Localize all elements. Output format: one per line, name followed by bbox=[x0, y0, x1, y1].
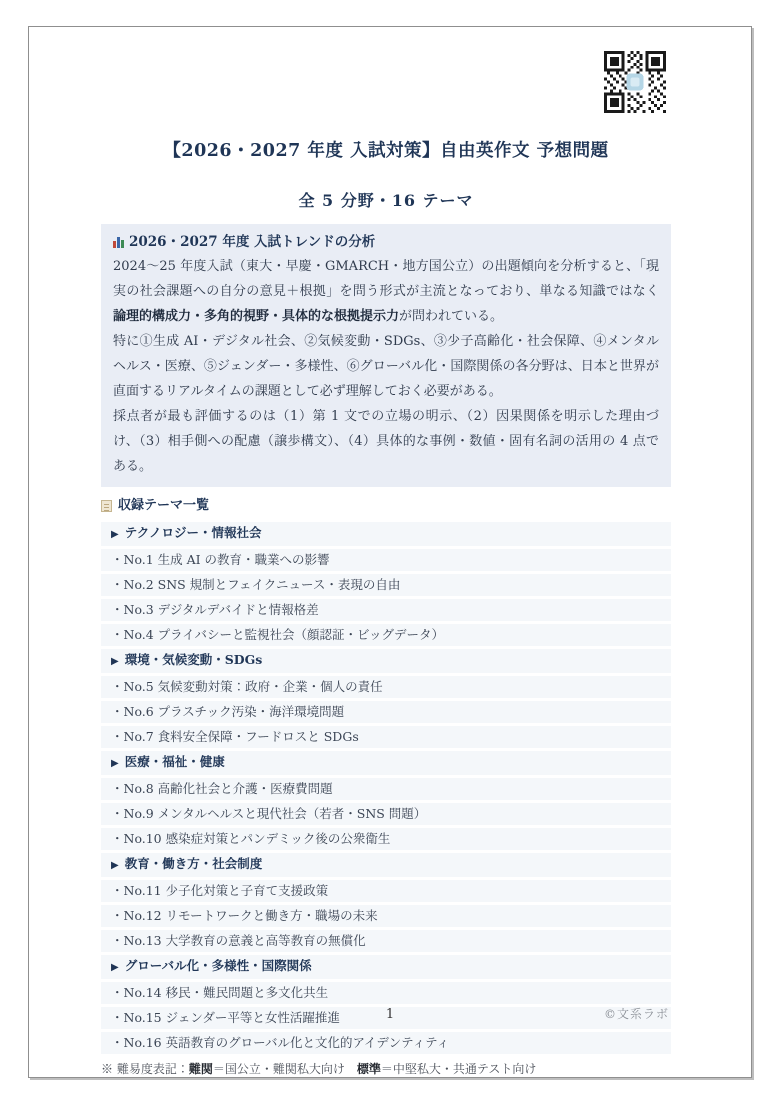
triangle-marker-icon: ▶ bbox=[111, 962, 119, 973]
analysis-paragraph-3: 採点者が最も評価するのは（1）第 1 文での立場の明示、（2）因果関係を明示した… bbox=[113, 404, 659, 479]
themes-heading-label: 収録テーマ一覧 bbox=[118, 497, 209, 515]
theme-item: ・No.3 デジタルデバイドと情報格差 bbox=[101, 599, 671, 621]
theme-section-title: ▶医療・福祉・健康 bbox=[101, 751, 671, 775]
qr-code bbox=[604, 51, 666, 113]
theme-item: ・No.8 高齢化社会と介護・医療費問題 bbox=[101, 778, 671, 800]
theme-item: ・No.6 プラスチック汚染・海洋環境問題 bbox=[101, 701, 671, 723]
qr-code-image bbox=[604, 51, 666, 113]
theme-item: ・No.13 大学教育の意義と高等教育の無償化 bbox=[101, 930, 671, 952]
clipboard-icon bbox=[101, 500, 112, 512]
theme-item: ・No.1 生成 AI の教育・職業への影響 bbox=[101, 549, 671, 571]
triangle-marker-icon: ▶ bbox=[111, 656, 119, 667]
triangle-marker-icon: ▶ bbox=[111, 860, 119, 871]
theme-item: ・No.12 リモートワークと働き方・職場の未来 bbox=[101, 905, 671, 927]
theme-section-title: ▶テクノロジー・情報社会 bbox=[101, 522, 671, 546]
theme-item: ・No.2 SNS 規制とフェイクニュース・表現の自由 bbox=[101, 574, 671, 596]
theme-list: ▶テクノロジー・情報社会 ・No.1 生成 AI の教育・職業への影響 ・No.… bbox=[101, 522, 671, 1054]
section-title-label: 教育・働き方・社会制度 bbox=[125, 856, 263, 871]
note-text: ＝中堅私大・共通テスト向け bbox=[381, 1062, 537, 1076]
document-page: 【2026・2027 年度 入試対策】自由英作文 予想問題 全 5 分野・16 … bbox=[28, 26, 752, 1078]
section-title-label: テクノロジー・情報社会 bbox=[125, 525, 262, 540]
theme-item: ・No.4 プライバシーと監視社会（顔認証・ビッグデータ） bbox=[101, 624, 671, 646]
paragraph-text: 2024〜25 年度入試（東大・早慶・GMARCH・地方国公立）の出題傾向を分析… bbox=[113, 259, 659, 299]
note-bold-hard: 難関 bbox=[189, 1062, 213, 1076]
theme-item: ・No.16 英語教育のグローバル化と文化的アイデンティティ bbox=[101, 1032, 671, 1054]
theme-section-title: ▶環境・気候変動・SDGs bbox=[101, 649, 671, 673]
bar-chart-icon bbox=[113, 237, 124, 248]
theme-item: ・No.14 移民・難民問題と多文化共生 bbox=[101, 982, 671, 1004]
theme-item: ・No.7 食料安全保障・フードロスと SDGs bbox=[101, 726, 671, 748]
paragraph-bold-text: 論理的構成力・多角的視野・具体的な根拠提示力 bbox=[113, 309, 399, 324]
theme-item: ・No.11 少子化対策と子育て支援政策 bbox=[101, 880, 671, 902]
themes-heading: 収録テーマ一覧 bbox=[101, 497, 671, 515]
difficulty-note: ※ 難易度表記：難関＝国公立・難関私大向け 標準＝中堅私大・共通テスト向け bbox=[101, 1061, 671, 1078]
analysis-heading: 2026・2027 年度 入試トレンドの分析 bbox=[113, 232, 659, 252]
triangle-marker-icon: ▶ bbox=[111, 758, 119, 769]
theme-item: ・No.10 感染症対策とパンデミック後の公衆衛生 bbox=[101, 828, 671, 850]
page-subtitle: 全 5 分野・16 テーマ bbox=[101, 188, 671, 211]
theme-item: ・No.9 メンタルヘルスと現代社会（若者・SNS 問題） bbox=[101, 803, 671, 825]
section-title-label: グローバル化・多様性・国際関係 bbox=[125, 958, 312, 973]
analysis-paragraph-2: 特に①生成 AI・デジタル社会、②気候変動・SDGs、③少子高齢化・社会保障、④… bbox=[113, 329, 659, 404]
page-content: 2026・2027 年度 入試トレンドの分析 2024〜25 年度入試（東大・早… bbox=[101, 224, 671, 1078]
copyright-label: ©文系ラボ bbox=[604, 1005, 669, 1022]
page-title: 【2026・2027 年度 入試対策】自由英作文 予想問題 bbox=[101, 137, 671, 162]
section-title-label: 医療・福祉・健康 bbox=[125, 754, 225, 769]
theme-section-title: ▶教育・働き方・社会制度 bbox=[101, 853, 671, 877]
trend-analysis-box: 2026・2027 年度 入試トレンドの分析 2024〜25 年度入試（東大・早… bbox=[101, 224, 671, 487]
note-text: ※ 難易度表記： bbox=[101, 1062, 189, 1076]
analysis-paragraph-1: 2024〜25 年度入試（東大・早慶・GMARCH・地方国公立）の出題傾向を分析… bbox=[113, 254, 659, 329]
theme-item: ・No.5 気候変動対策：政府・企業・個人の責任 bbox=[101, 676, 671, 698]
theme-section-title: ▶グローバル化・多様性・国際関係 bbox=[101, 955, 671, 979]
triangle-marker-icon: ▶ bbox=[111, 529, 119, 540]
paragraph-text: が問われている。 bbox=[399, 309, 503, 324]
note-bold-standard: 標準 bbox=[357, 1062, 381, 1076]
analysis-heading-label: 2026・2027 年度 入試トレンドの分析 bbox=[129, 232, 375, 252]
section-title-label: 環境・気候変動・SDGs bbox=[125, 652, 263, 667]
note-text: ＝国公立・難関私大向け bbox=[213, 1062, 357, 1076]
